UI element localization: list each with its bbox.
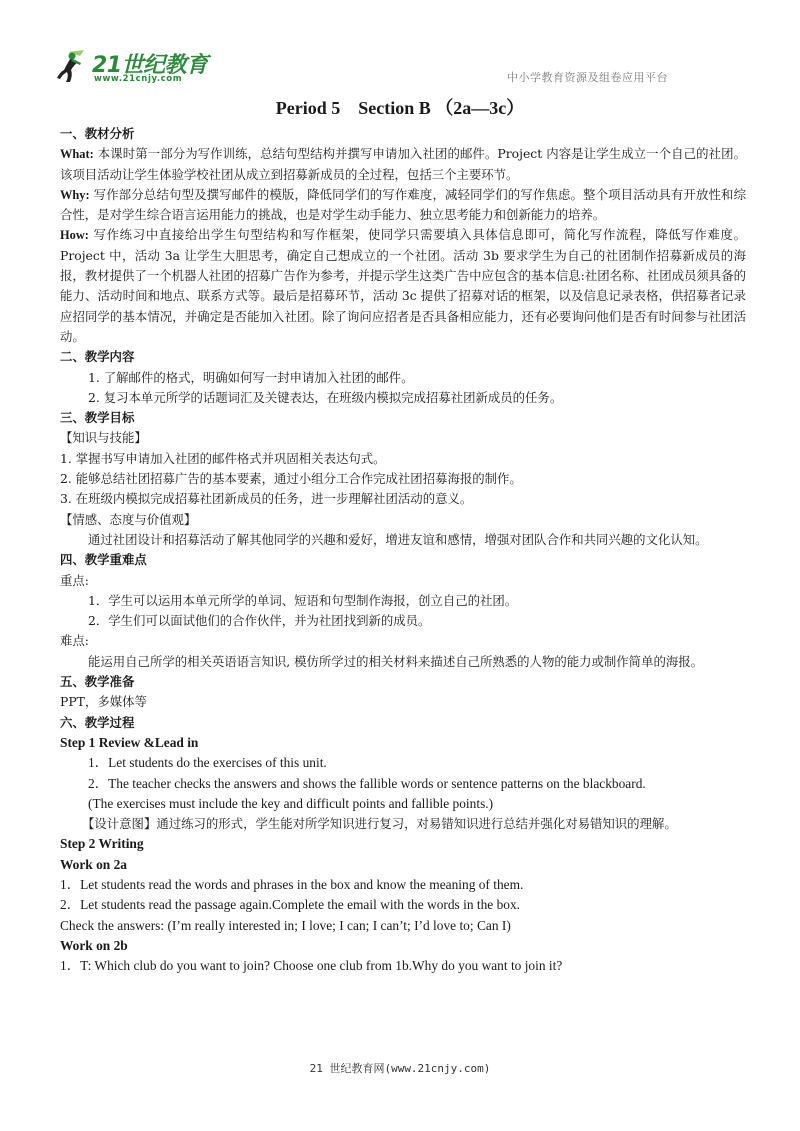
list-item: 1. 了解邮件的格式，明确如何写一封申请加入社团的邮件。	[60, 368, 746, 388]
page-title: Period 5 Section B （2a—3c）	[0, 94, 800, 120]
list-item: 1．T: Which club do you want to join? Cho…	[60, 956, 746, 976]
note: (The exercises must include the key and …	[60, 794, 746, 814]
what-label: What:	[60, 147, 94, 161]
section-heading: 五、教学准备	[60, 672, 746, 692]
preparation-text: PPT，多媒体等	[60, 692, 746, 712]
list-item: 1．学生可以运用本单元所学的单词、短语和句型制作海报，创立自己的社团。	[60, 591, 746, 611]
subheading: 【知识与技能】	[60, 428, 746, 448]
design-intent: 【设计意图】通过练习的形式，学生能对所学知识进行复习，对易错知识进行总结并强化对…	[60, 814, 746, 834]
how-paragraph: How: 写作练习中直接给出学生句型结构和写作框架，使同学只需要填入具体信息即可…	[60, 225, 746, 347]
how-label: How:	[60, 228, 89, 242]
step-title: Step 1 Review &Lead in	[60, 733, 746, 753]
platform-tagline: 中小学教育资源及组卷应用平台	[507, 69, 668, 85]
list-item: 2. 能够总结社团招募广告的基本要素，通过小组分工合作完成社团招募海报的制作。	[60, 469, 746, 489]
list-item: 1．Let students read the words and phrase…	[60, 875, 746, 895]
section-heading: 四、教学重难点	[60, 550, 746, 570]
section-heading: 三、教学目标	[60, 408, 746, 428]
why-label: Why:	[60, 188, 90, 202]
what-paragraph: What: 本课时第一部分为写作训练，总结句型结构并撰写申请加入社团的邮件。Pr…	[60, 144, 746, 185]
runner-logo-icon	[54, 48, 88, 84]
list-item: 1．Let students do the exercises of this …	[60, 753, 746, 773]
step-title: Step 2 Writing	[60, 834, 746, 854]
work-title: Work on 2b	[60, 936, 746, 956]
list-item: 2．学生们可以面试他们的合作伙伴，并为社团找到新的成员。	[60, 611, 746, 631]
document-body: 一、教材分析 What: 本课时第一部分为写作训练，总结句型结构并撰写申请加入社…	[60, 124, 746, 976]
section-heading: 二、教学内容	[60, 347, 746, 367]
list-item: 2．The teacher checks the answers and sho…	[60, 774, 746, 794]
difficult-points-label: 难点:	[60, 631, 746, 651]
what-text: 本课时第一部分为写作训练，总结句型结构并撰写申请加入社团的邮件。Project …	[60, 146, 746, 181]
check-answers: Check the answers: (I’m really intereste…	[60, 916, 746, 936]
logo-url: www.21cnjy.com	[94, 74, 182, 84]
section-heading: 一、教材分析	[60, 124, 746, 144]
subheading: 【情感、态度与价值观】	[60, 510, 746, 530]
why-paragraph: Why: 写作部分总结句型及撰写邮件的模版，降低同学们的写作难度，减轻同学们的写…	[60, 185, 746, 226]
work-title: Work on 2a	[60, 855, 746, 875]
difficult-points-text: 能运用自己所学的相关英语语言知识, 模仿所学过的相关材料来描述自己所熟悉的人物的…	[60, 652, 746, 672]
list-item: 2．Let students read the passage again.Co…	[60, 895, 746, 915]
list-item: 2. 复习本单元所学的话题词汇及关键表达，在班级内模拟完成招募社团新成员的任务。	[60, 388, 746, 408]
page-header: 21世纪教育 www.21cnjy.com 中小学教育资源及组卷应用平台	[0, 0, 800, 92]
logo: 21世纪教育 www.21cnjy.com	[54, 48, 214, 88]
how-text: 写作练习中直接给出学生句型结构和写作框架，使同学只需要填入具体信息即可，简化写作…	[60, 227, 746, 343]
values-paragraph: 通过社团设计和招募活动了解其他同学的兴趣和爱好，增进友谊和感情，增强对团队合作和…	[60, 530, 746, 550]
section-heading: 六、教学过程	[60, 713, 746, 733]
list-item: 3. 在班级内模拟完成招募社团新成员的任务，进一步理解社团活动的意义。	[60, 489, 746, 509]
why-text: 写作部分总结句型及撰写邮件的模版，降低同学们的写作难度，减轻同学们的写作焦虑。整…	[60, 187, 746, 222]
key-points-label: 重点:	[60, 571, 746, 591]
list-item: 1. 掌握书写申请加入社团的邮件格式并巩固相关表达句式。	[60, 449, 746, 469]
page-footer: 21 世纪教育网(www.21cnjy.com)	[0, 1060, 800, 1076]
